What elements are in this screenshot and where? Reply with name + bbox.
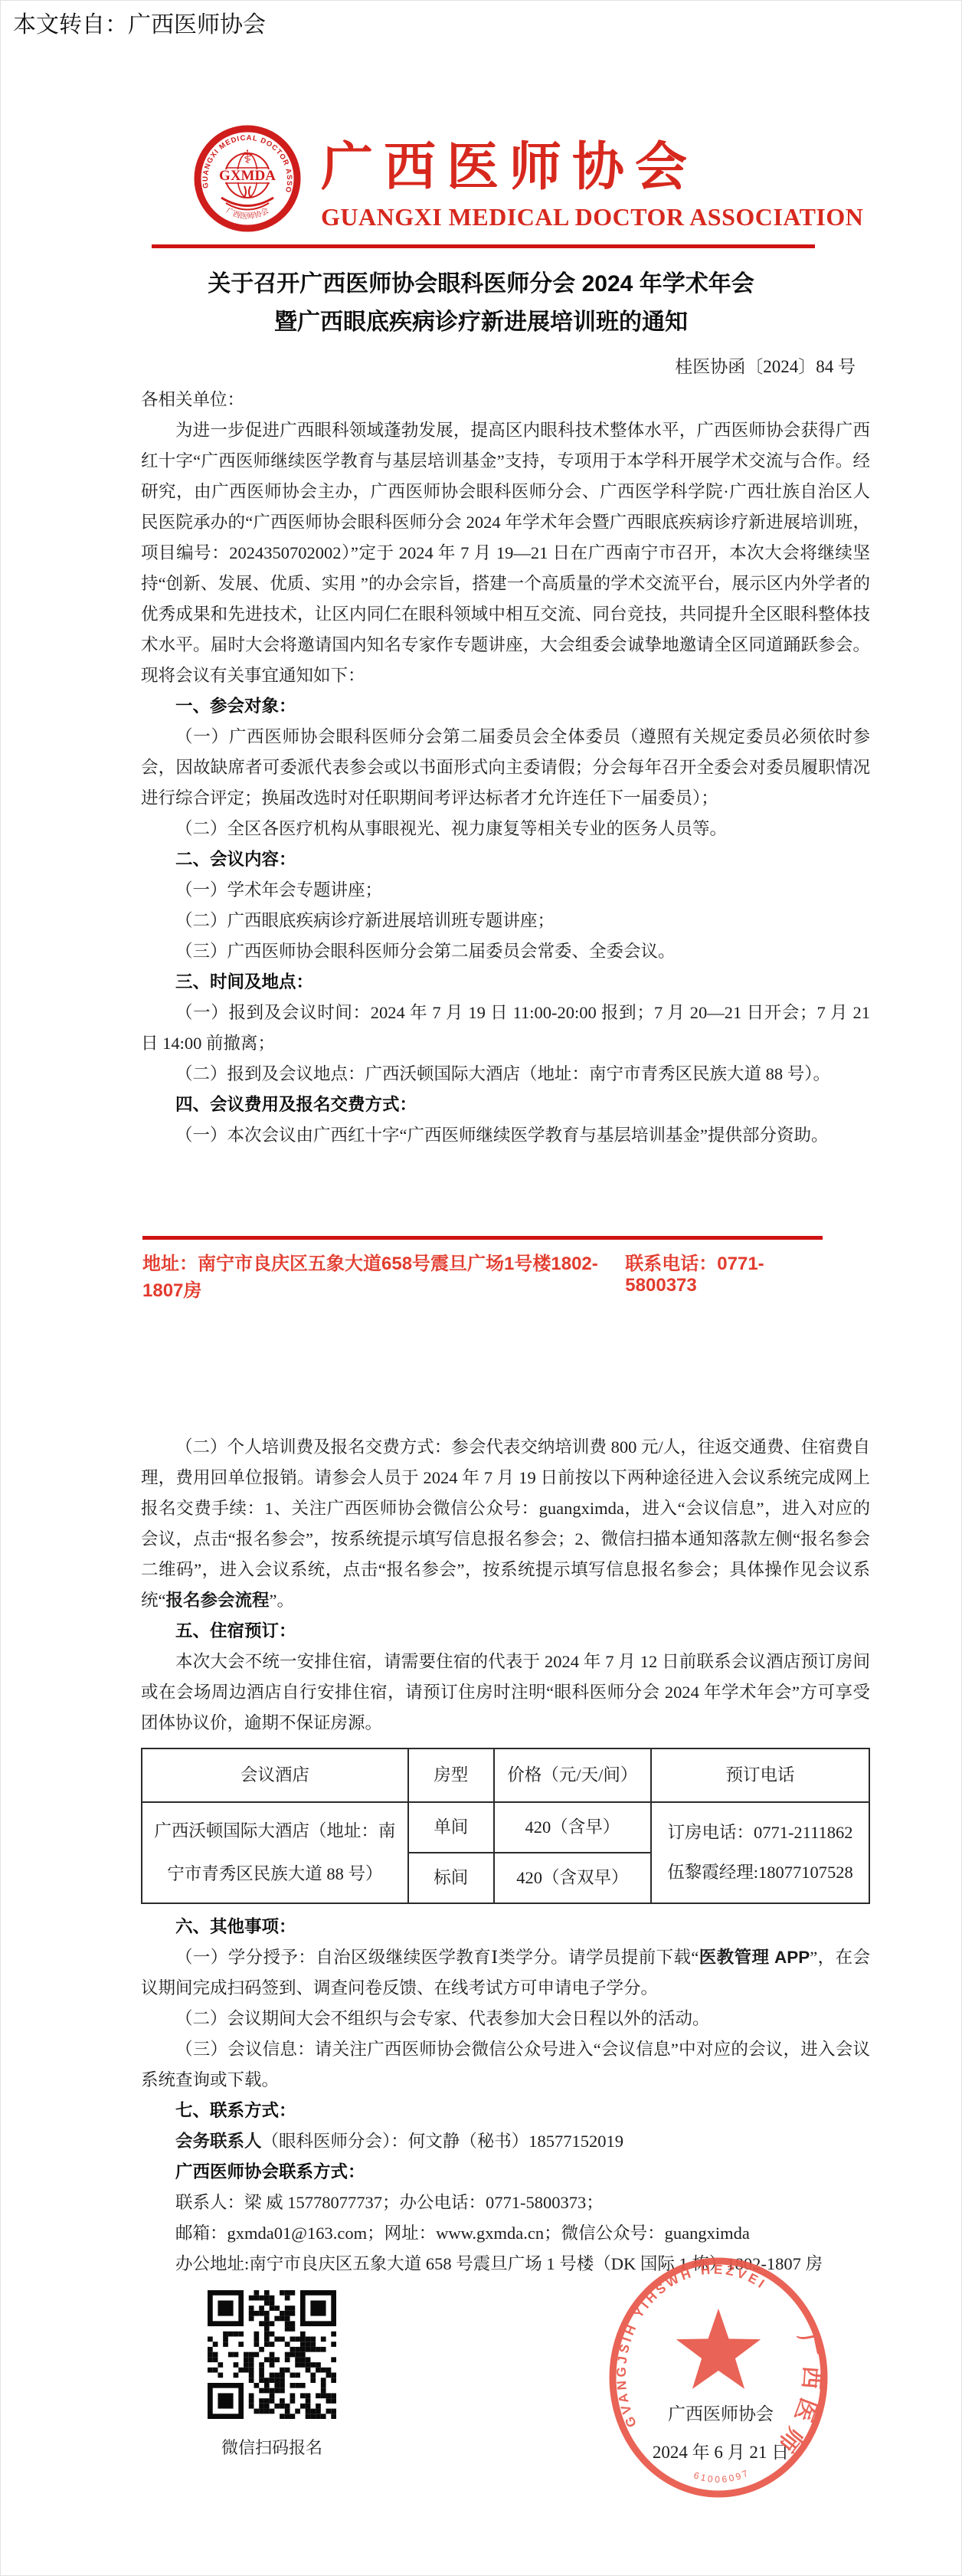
qr-caption: 微信扫码报名 — [207, 2433, 337, 2463]
bold-app-name: 医教管理 APP — [699, 1948, 810, 1967]
section1-heading: 一、参会对象： — [141, 691, 870, 722]
section3-item2: （二）报到及会议地点：广西沃顿国际大酒店（地址：南宁市青秀区民族大道 88 号）… — [141, 1059, 870, 1090]
footer-rule — [142, 1236, 823, 1240]
section2-item1: （一）学术年会专题讲座； — [141, 875, 870, 906]
page1-body: 各相关单位： 为进一步促进广西眼科领域蓬勃发展，提高区内眼科技术整体水平，广西医… — [141, 385, 870, 1151]
registration-qr-block: 微信扫码报名 — [207, 2290, 337, 2463]
booking-phone-line1: 订房电话：0771-2111862 — [656, 1813, 864, 1853]
official-seal-icon: GVANGJSIH YIHSWH HEZVEI 广西医师协会 61006097 — [604, 2255, 833, 2500]
association-contact-person: 联系人：梁 威 15778077737；办公电话：0771-5800373； — [141, 2188, 870, 2218]
section5-paragraph: 本次大会不统一安排住宿，请需要住宿的代表于 2024 年 7 月 12 日前联系… — [141, 1647, 870, 1739]
hotel-table: 会议酒店 房型 价格（元/天/间） 预订电话 广西沃顿国际大酒店（地址：南宁市青… — [141, 1748, 870, 1904]
room-type-cell: 单间 — [408, 1802, 494, 1853]
section1-item2: （二）全区各医疗机构从事眼视光、视力康复等相关专业的医务人员等。 — [141, 814, 870, 844]
col-booking-phone: 预订电话 — [651, 1748, 869, 1802]
association-contact-heading: 广西医师协会联系方式： — [141, 2157, 870, 2188]
col-hotel: 会议酒店 — [142, 1748, 408, 1802]
page1-footer: 地址：南宁市良庆区五象大道658号震旦广场1号楼1802-1807房 联系电话：… — [142, 1236, 823, 1302]
org-name-en: GUANGXI MEDICAL DOCTOR ASSOCIATION — [321, 203, 863, 231]
col-room-type: 房型 — [408, 1748, 494, 1802]
room-type-cell: 标间 — [408, 1853, 494, 1903]
booking-phone-cell: 订房电话：0771-2111862 伍黎霞经理:18077107528 — [651, 1802, 869, 1903]
salutation: 各相关单位： — [141, 385, 870, 415]
caduceus-icon: ⚕ — [243, 148, 253, 168]
section6-item1: （一）学分授予：自治区级继续医学教育Ⅰ类学分。请学员提前下载“医教管理 APP”… — [141, 1942, 870, 2004]
hotel-table-header-row: 会议酒店 房型 价格（元/天/间） 预订电话 — [142, 1748, 869, 1802]
section3-heading: 三、时间及地点： — [141, 967, 870, 998]
letterhead-rule — [152, 244, 815, 248]
booking-phone-line2: 伍黎霞经理:18077107528 — [656, 1853, 864, 1893]
letterhead: GUANGXI MEDICAL DOCTOR ASSOCIATION 广西医师协… — [194, 125, 961, 232]
footer-phone: 联系电话：0771-5800373 — [625, 1248, 823, 1302]
bold-contact-label: 会务联系人 — [175, 2132, 262, 2151]
section6-item2: （二）会议期间大会不组织与会专家、代表参加大会日程以外的活动。 — [141, 2004, 870, 2034]
section4-item2: （二）个人培训费及报名交费方式：参会代表交纳培训费 800 元/人，往返交通费、… — [141, 1432, 870, 1616]
section7-heading: 七、联系方式： — [141, 2096, 870, 2126]
association-contact-email: 邮箱：gxmda01@163.com；网址：www.gxmda.cn；微信公众号… — [141, 2218, 870, 2249]
section6-item3: （三）会议信息：请关注广西医师协会微信公众号进入“会议信息”中对应的会议，进入会… — [141, 2034, 870, 2096]
org-name-cn: 广西医师协会 — [321, 126, 863, 200]
document-page: 本文转自：广西医师协会 GUANGXI MEDICAL DOCTOR ASSOC… — [0, 0, 962, 2576]
section4-item1: （一）本次会议由广西红十字“广西医师继续医学教育与基层培训基金”提供部分资助。 — [141, 1120, 870, 1151]
price-cell: 420（含早） — [494, 1802, 651, 1853]
notice-title: 关于召开广西医师协会眼科医师分会 2024 年学术年会 暨广西眼底疾病诊疗新进展… — [1, 265, 961, 342]
source-note: 本文转自：广西医师协会 — [13, 5, 961, 39]
col-price: 价格（元/天/间） — [494, 1748, 651, 1802]
table-row: 广西沃顿国际大酒店（地址：南宁市青秀区民族大道 88 号） 单间 420（含早）… — [142, 1802, 869, 1853]
logo-acronym: GXMDA — [219, 168, 276, 184]
section2-item2: （二）广西眼底疾病诊疗新进展培训班专题讲座； — [141, 906, 870, 936]
org-brand: 广西医师协会 GUANGXI MEDICAL DOCTOR ASSOCIATIO… — [321, 126, 863, 231]
seal-serial: 61006097 — [692, 2467, 751, 2485]
intro-paragraph: 为进一步促进广西眼科领域蓬勃发展，提高区内眼科技术整体水平，广西医师协会获得广西… — [141, 415, 870, 691]
conference-contact: 会务联系人（眼科医师分会）：何文静（秘书）18577152019 — [141, 2126, 870, 2157]
bold-registration-flow: 报名参会流程 — [166, 1591, 270, 1610]
gxmda-logo-icon: GUANGXI MEDICAL DOCTOR ASSOCIATION 广西医师协… — [194, 125, 301, 232]
qr-code — [208, 2290, 336, 2419]
doc-number: 桂医协函〔2024〕84 号 — [1, 352, 961, 377]
price-cell: 420（含双早） — [494, 1853, 651, 1903]
notice-title-line2: 暨广西眼底疾病诊疗新进展培训班的通知 — [1, 303, 961, 342]
notice-title-line1: 关于召开广西医师协会眼科医师分会 2024 年学术年会 — [1, 265, 961, 303]
section3-item1: （一）报到及会议时间：2024 年 7 月 19 日 11:00-20:00 报… — [141, 998, 870, 1059]
signature-block: 微信扫码报名 广西医师协会 2024 年 6 月 21 日 GVANGJSIH … — [141, 2290, 870, 2548]
section4-heading: 四、会议费用及报名交费方式： — [141, 1090, 870, 1120]
section2-item3: （三）广西医师协会眼科医师分会第二届委员会常委、全委会议。 — [141, 936, 870, 967]
signer-block: 广西医师协会 2024 年 6 月 21 日 GVANGJSIH YIHSWH … — [594, 2290, 847, 2548]
svg-text:61006097: 61006097 — [692, 2467, 751, 2485]
hotel-name-cell: 广西沃顿国际大酒店（地址：南宁市青秀区民族大道 88 号） — [142, 1802, 408, 1903]
footer-address: 地址：南宁市良庆区五象大道658号震旦广场1号楼1802-1807房 — [142, 1248, 625, 1302]
section6-heading: 六、其他事项： — [141, 1912, 870, 1942]
section2-heading: 二、会议内容： — [141, 844, 870, 875]
section1-item1: （一）广西医师协会眼科医师分会第二届委员会全体委员（遵照有关规定委员必须依时参会… — [141, 722, 870, 814]
section5-heading: 五、住宿预订： — [141, 1616, 870, 1647]
page2-body: （二）个人培训费及报名交费方式：参会代表交纳培训费 800 元/人，往返交通费、… — [141, 1432, 870, 2548]
